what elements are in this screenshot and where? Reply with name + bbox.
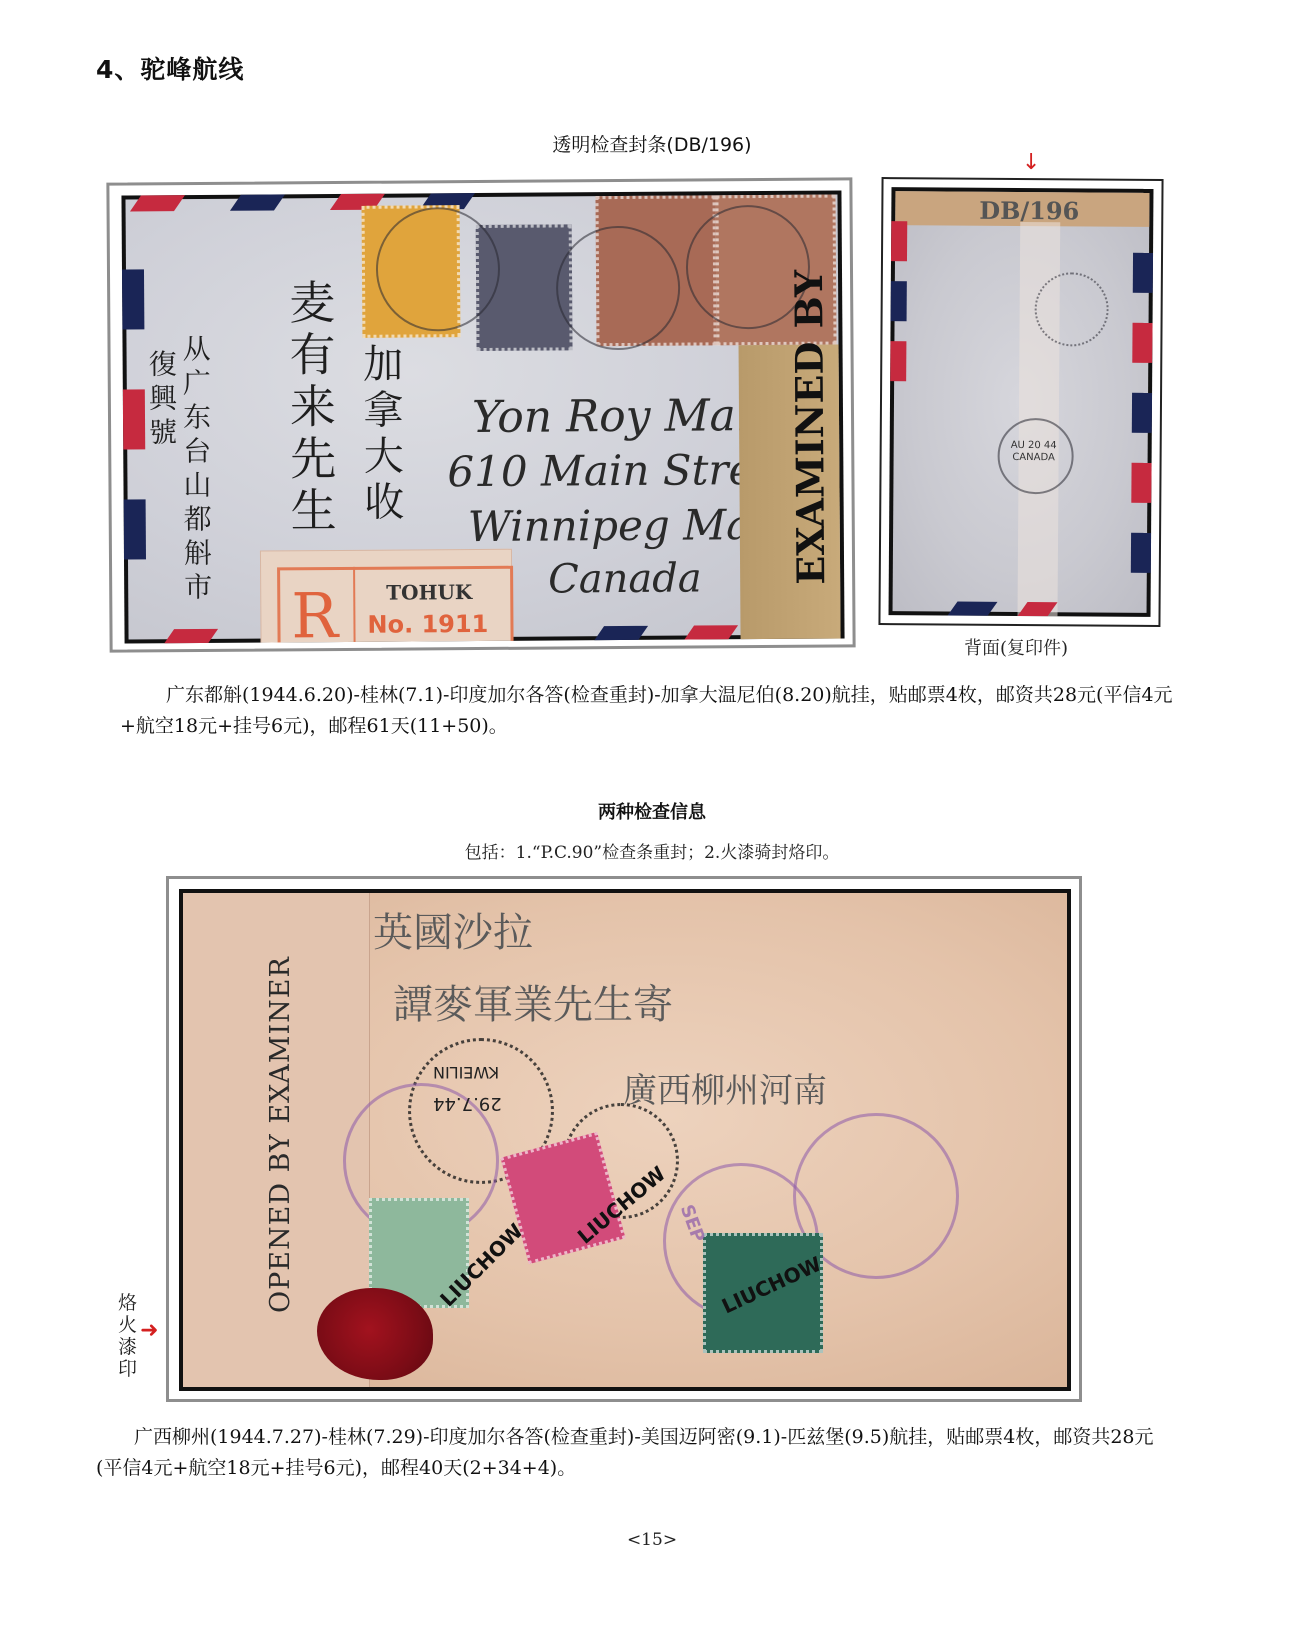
exhibit2-description: 广西柳州(1944.7.27)-桂林(7.29)-印度加尔各答(检查重封)-美国… [96, 1422, 1156, 1484]
cover2-photo: OPENED BY EXAMINER 英國沙拉 譚麥軍業先生寄 廣西柳州河南 K… [179, 889, 1071, 1391]
handwriting-line: 英國沙拉 [373, 901, 533, 958]
address-line-4: Canada [548, 555, 702, 602]
cover2-photo-frame: OPENED BY EXAMINER 英國沙拉 譚麥軍業先生寄 廣西柳州河南 K… [166, 876, 1082, 1402]
cover-front-photo-frame: 麦有来先生 加拿大收 从广东台山都斛市 復興號 Yon Roy Mark, 61… [106, 177, 855, 652]
registration-label: R TOHUK No. 1911 [260, 549, 513, 644]
postmark [556, 226, 681, 351]
marker-arrow-right-icon: ➜ [140, 1318, 158, 1343]
handwriting-line: 廣西柳州河南 [623, 1063, 827, 1112]
cover-back-photo: DB/196 AU 20 44 CANADA [889, 187, 1154, 617]
wax-seal-side-label: 烙火漆印 [118, 1292, 142, 1380]
handwriting-line: 譚麥軍業先生寄 [393, 973, 673, 1030]
sender-chinese-2: 復興號 [141, 349, 182, 451]
wax-seal-side-label-text: 烙火漆印 [118, 1292, 142, 1380]
canada-postmark-text: AU 20 44 CANADA [1006, 440, 1062, 464]
exhibit1-description-text: 广东都斛(1944.6.20)-桂林(7.1)-印度加尔各答(检查重封)-加拿大… [120, 684, 1173, 737]
exhibit2-subtitle: 包括：1.“P.C.90”检查条重封；2.火漆骑封烙印。 [0, 838, 1304, 863]
backstamp-postmark [1034, 272, 1109, 347]
destination-chinese: 加拿大收 [351, 343, 409, 527]
postmark-text-date: 29.7.44 [433, 1093, 502, 1114]
censor-strip-text: EXAMINED BY [786, 245, 833, 585]
postmark-text-kweilin: KWEILIN [433, 1063, 499, 1082]
exhibit1-title: 透明检查封条(DB/196) [0, 130, 1304, 157]
cover-front-photo: 麦有来先生 加拿大收 从广东台山都斛市 復興號 Yon Roy Mark, 61… [121, 190, 844, 643]
censor-tape-text: DB/196 [979, 196, 1079, 226]
section-heading: 4、驼峰航线 [96, 50, 244, 86]
marker-arrow-down-icon: ↓ [1022, 152, 1040, 174]
recipient-chinese: 麦有来先生 [276, 278, 344, 538]
censor-strip-text: OPENED BY EXAMINER [265, 956, 296, 1313]
registration-letter: R [291, 579, 338, 643]
exhibit2-title: 两种检查信息 [0, 798, 1304, 824]
exhibit1-description: 广东都斛(1944.6.20)-桂林(7.1)-印度加尔各答(检查重封)-加拿大… [120, 680, 1180, 742]
exhibit2-description-text: 广西柳州(1944.7.27)-桂林(7.29)-印度加尔各答(检查重封)-美国… [96, 1426, 1154, 1479]
back-caption: 背面(复印件) [964, 634, 1068, 660]
registration-office: TOHUK [386, 580, 472, 605]
postmark [376, 207, 501, 332]
page-number: <15> [0, 1530, 1304, 1550]
registration-number: No. 1911 [367, 610, 488, 639]
cover-back-photo-frame: DB/196 AU 20 44 CANADA [878, 177, 1163, 627]
